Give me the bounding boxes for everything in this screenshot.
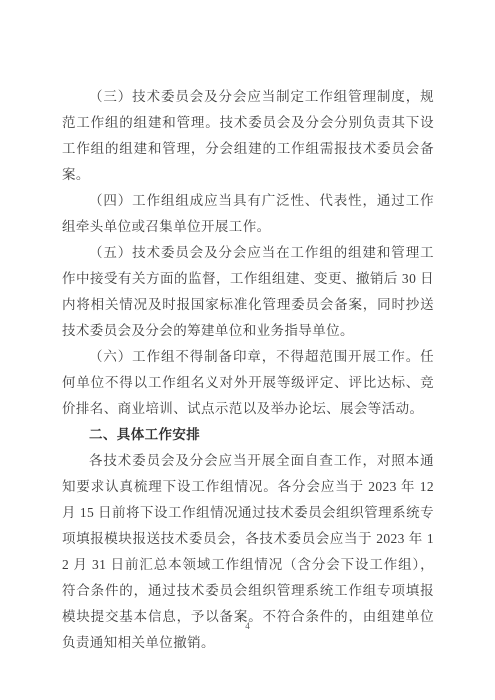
paragraph-item-three: （三）技术委员会及分会应当制定工作组管理制度，规范工作组的组建和管理。技术委员会… (62, 84, 434, 188)
paragraph-item-five: （五）技术委员会及分会应当在工作组的组建和管理工作中接受有关方面的监督，工作组组… (62, 240, 434, 344)
page-number: 4 (0, 620, 495, 632)
paragraph-item-six: （六）工作组不得制备印章，不得超范围开展工作。任何单位不得以工作组名义对外开展等… (62, 344, 434, 422)
document-body: （三）技术委员会及分会应当制定工作组管理制度，规范工作组的组建和管理。技术委员会… (62, 84, 434, 656)
paragraph-item-four: （四）工作组组成应当具有广泛性、代表性，通过工作组牵头单位或召集单位开展工作。 (62, 188, 434, 240)
document-page: （三）技术委员会及分会应当制定工作组管理制度，规范工作组的组建和管理。技术委员会… (0, 0, 495, 700)
section-heading-work-arrangement: 二、具体工作安排 (62, 422, 434, 448)
